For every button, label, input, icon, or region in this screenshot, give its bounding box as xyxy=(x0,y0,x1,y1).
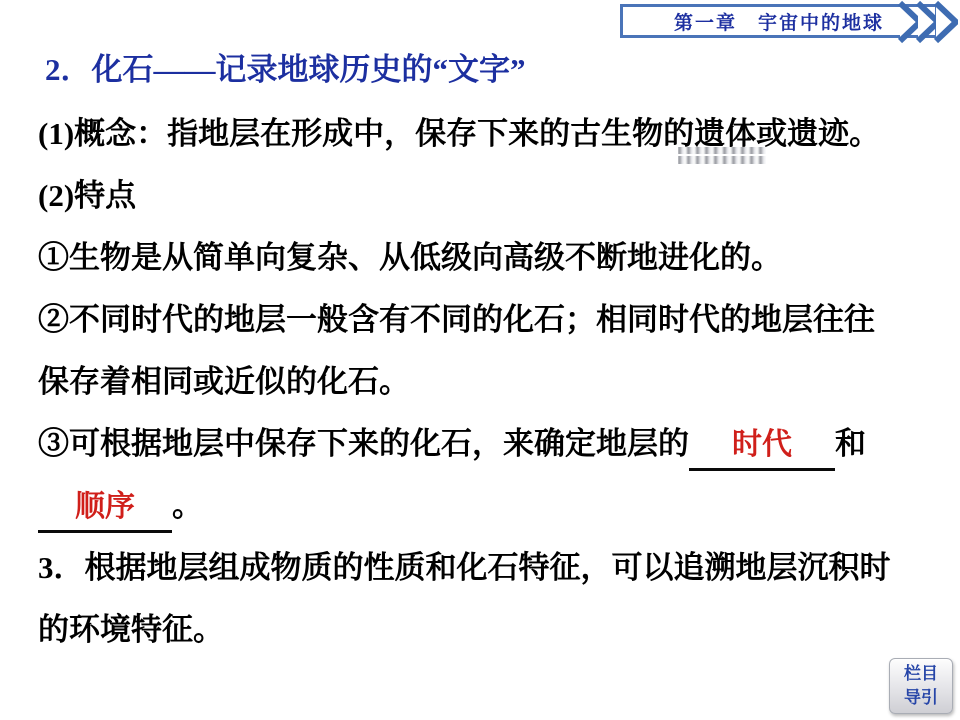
text-line-item3b: 的环境特征。 xyxy=(38,608,224,652)
text-line-point3-cont: 顺序。 xyxy=(38,484,203,533)
chapter-header-bar: 第一章 宇宙中的地球 xyxy=(620,4,938,38)
text-line-point1: ①生物是从简单向复杂、从低级向高级不断地进化的。 xyxy=(38,236,782,280)
column-guide-label-line2: 导引 xyxy=(904,688,938,707)
fill-in-blank-order: 顺序 xyxy=(38,484,172,533)
point3-middle: 和 xyxy=(835,426,866,461)
point3-suffix: 。 xyxy=(172,488,203,523)
text-line-item3a: 3．根据地层组成物质的性质和化石特征，可以追溯地层沉积时 xyxy=(38,546,891,590)
chapter-title: 第一章 宇宙中的地球 xyxy=(674,8,884,35)
blurred-text-smudge xyxy=(678,144,766,166)
column-guide-button[interactable]: 栏目 导引 xyxy=(889,658,953,714)
page-title: 2．化石——记录地球历史的“文字” xyxy=(45,48,526,92)
blank-answer-era: 时代 xyxy=(732,428,792,461)
double-right-chevron-icon xyxy=(896,0,958,44)
text-line-point2b: 保存着相同或近似的化石。 xyxy=(38,360,410,404)
column-guide-label-line1: 栏目 xyxy=(904,664,938,683)
text-line-point3: ③可根据地层中保存下来的化石，来确定地层的时代和 xyxy=(38,422,866,471)
text-line-point2a: ②不同时代的地层一般含有不同的化石；相同时代的地层往往 xyxy=(38,298,875,342)
point3-prefix: ③可根据地层中保存下来的化石，来确定地层的 xyxy=(38,426,689,461)
text-line-features: (2)特点 xyxy=(38,174,136,218)
blank-answer-order: 顺序 xyxy=(75,490,135,523)
fill-in-blank-era: 时代 xyxy=(689,422,835,471)
